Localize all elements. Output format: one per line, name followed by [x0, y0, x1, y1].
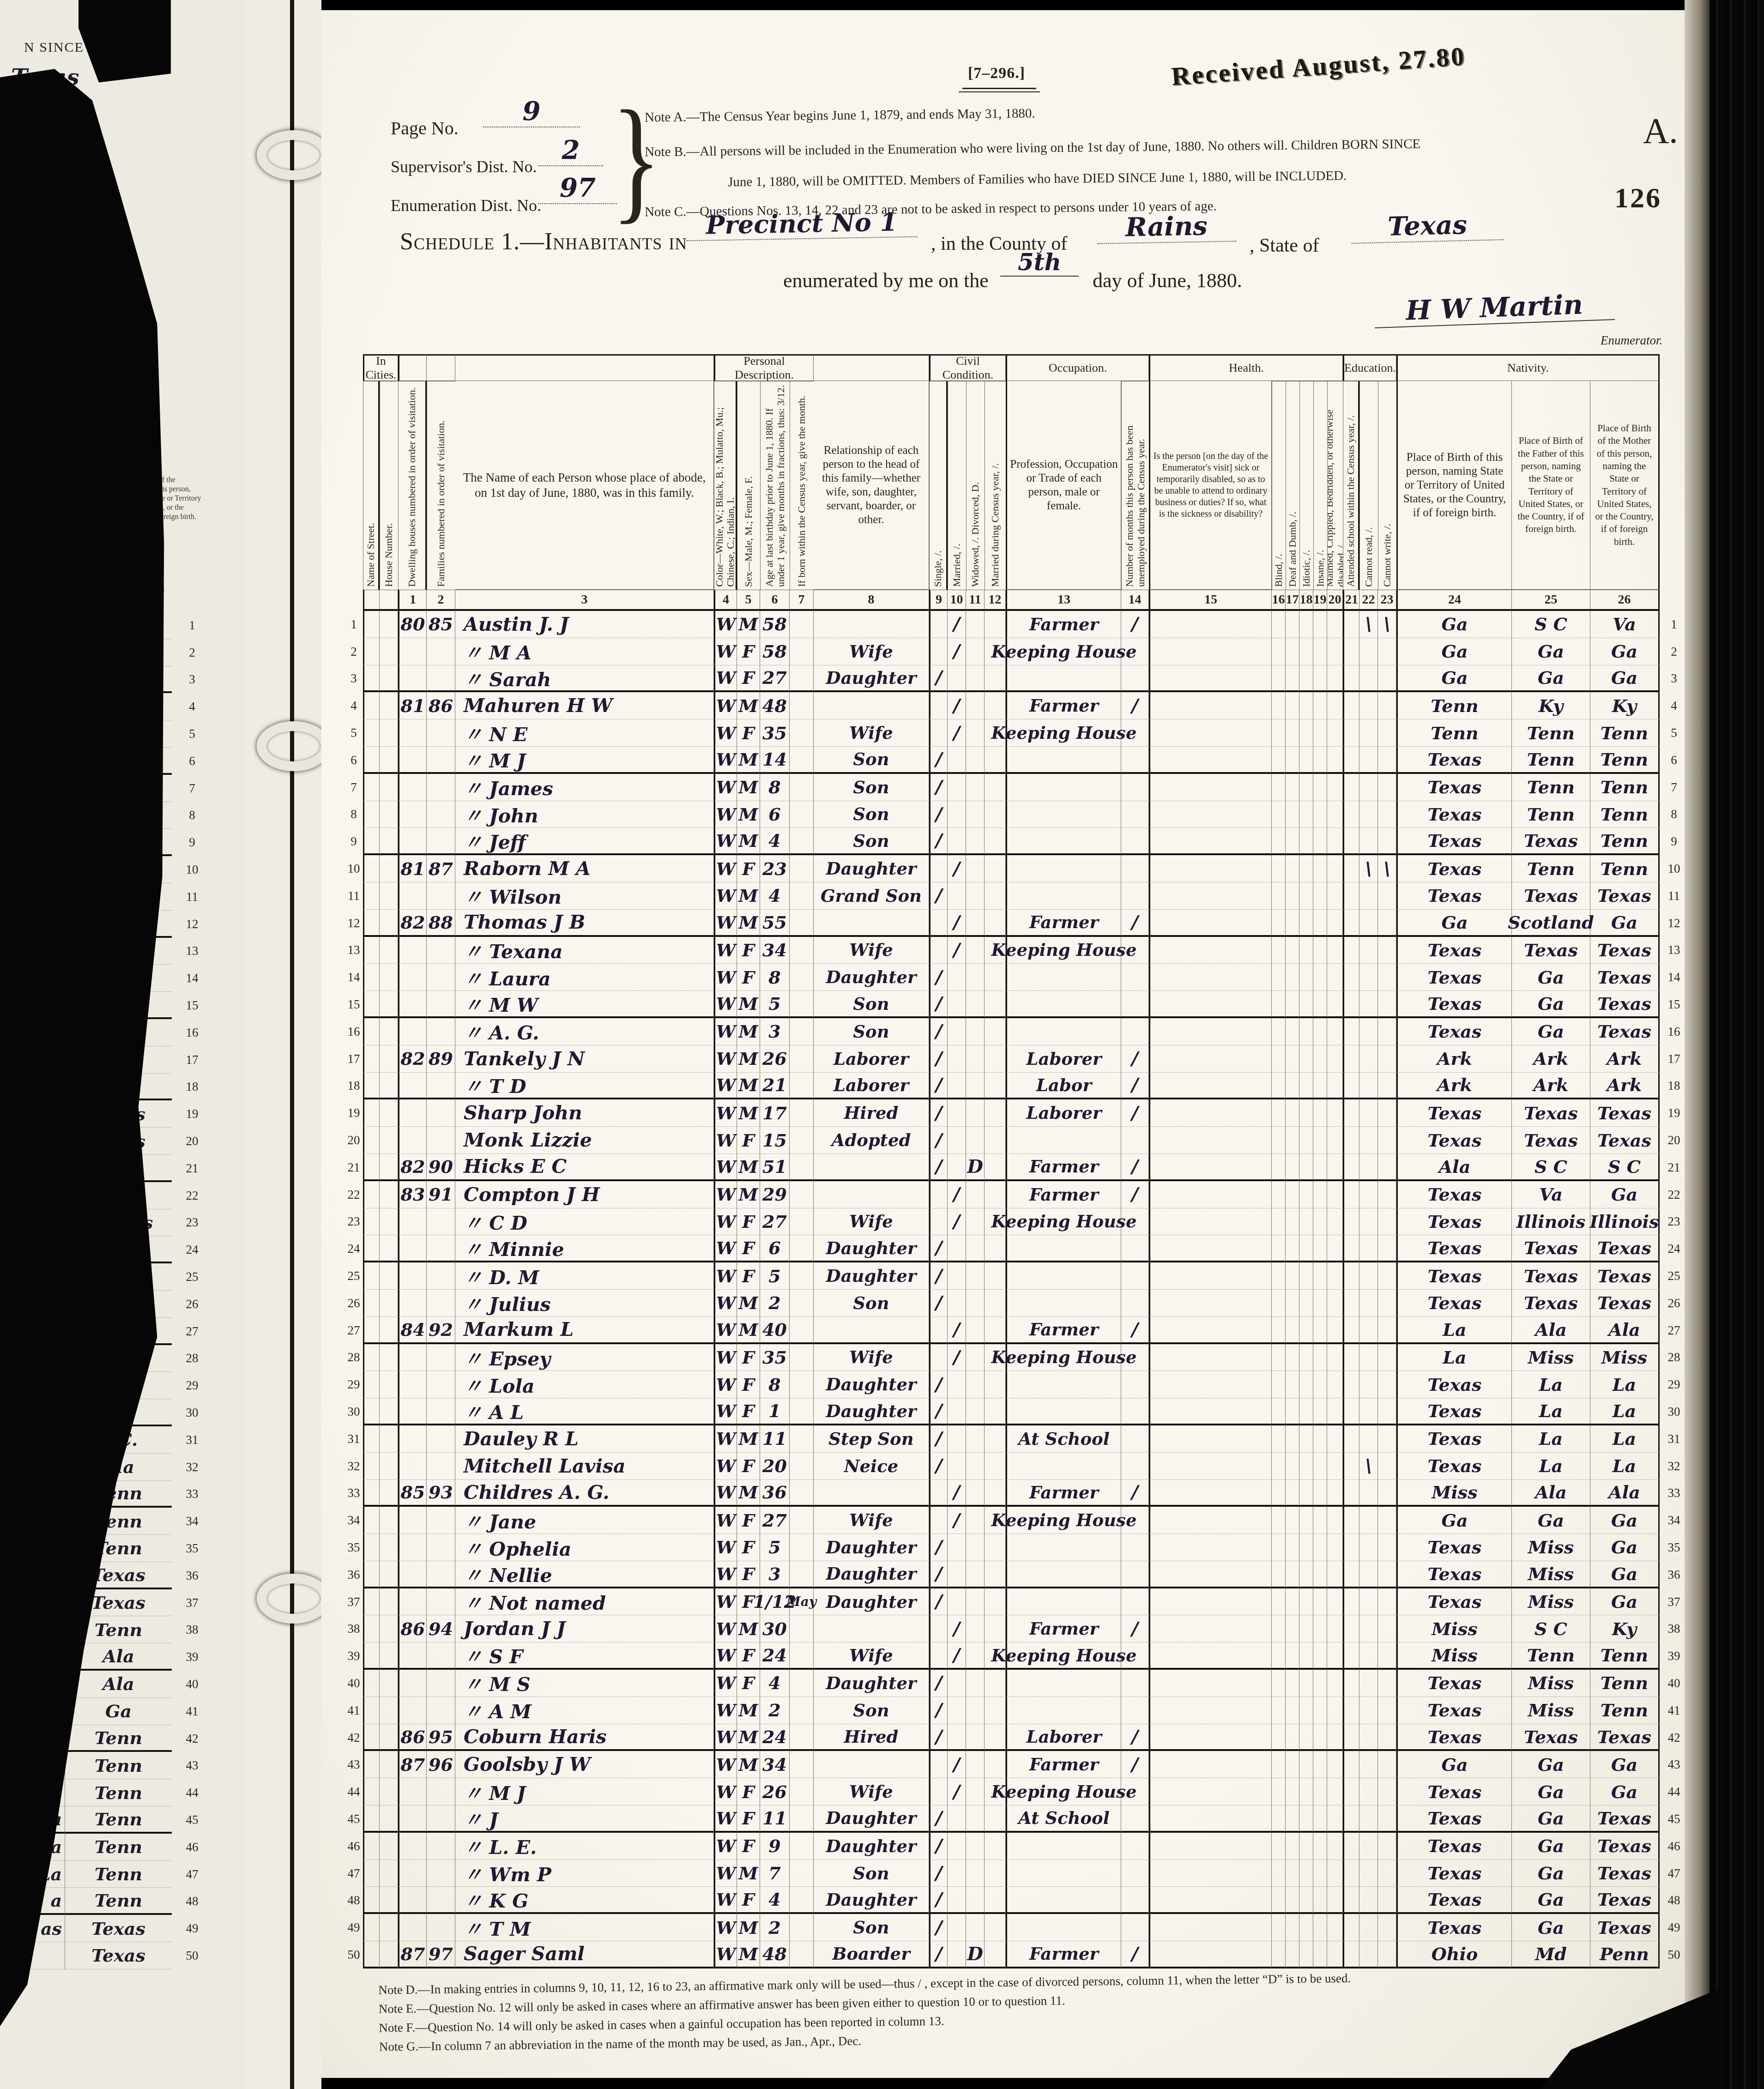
- cell: [1343, 1425, 1359, 1453]
- cell: [1313, 1344, 1327, 1371]
- row-number: 44: [344, 1778, 363, 1805]
- cell: Tenn: [1512, 1642, 1590, 1670]
- cell: [1359, 937, 1378, 964]
- cell: [1286, 638, 1299, 665]
- cell: [427, 801, 455, 828]
- cell: Son: [814, 828, 929, 855]
- cell: 87: [398, 1941, 427, 1968]
- cell: 〃 J: [455, 1805, 714, 1833]
- cell: [1378, 1534, 1396, 1561]
- row-number: 16: [344, 1018, 363, 1045]
- cell: Miss: [1512, 1588, 1590, 1616]
- cell: [1149, 1344, 1272, 1371]
- cell: Tenn: [1590, 1642, 1660, 1670]
- cell: [929, 638, 948, 665]
- cell: [1121, 1588, 1149, 1616]
- cell: /: [929, 1099, 948, 1127]
- cell: [948, 1697, 966, 1724]
- cell: [1121, 1398, 1149, 1425]
- row-number: 6: [344, 747, 363, 774]
- row-number: 24: [344, 1235, 363, 1262]
- column-number: 3: [455, 590, 714, 611]
- cell: W: [714, 1805, 737, 1833]
- prev-row-number: 50: [172, 1942, 212, 1969]
- cell: 〃 Jeff: [455, 828, 714, 855]
- cell: [1313, 1099, 1327, 1127]
- cell: /: [1121, 692, 1149, 719]
- cell: [1149, 1127, 1272, 1154]
- cell: [929, 937, 948, 964]
- row-number: 43: [344, 1751, 363, 1778]
- cell: [1378, 1208, 1396, 1236]
- cell: [1286, 1425, 1299, 1453]
- cell: /: [1121, 1099, 1149, 1127]
- cell: [1286, 1507, 1299, 1534]
- cell: [363, 1181, 380, 1208]
- cell: [1299, 1262, 1313, 1290]
- cell: Texas: [1396, 1914, 1512, 1941]
- col-12: Married during Census year, /.: [985, 381, 1006, 590]
- cell: [790, 1534, 814, 1561]
- cell: [929, 1751, 948, 1778]
- cell: [1343, 1099, 1359, 1127]
- cell: [380, 1235, 398, 1262]
- cell: Texas: [1396, 855, 1512, 882]
- cell: [1359, 1099, 1378, 1127]
- cell: M: [737, 910, 760, 937]
- schedule-title: Schedule 1.—Inhabitants in: [400, 228, 687, 255]
- cell: [1313, 937, 1327, 964]
- supervisor-dist-value: 2: [538, 135, 603, 166]
- cell: 81: [398, 855, 427, 882]
- cell: /: [1121, 910, 1149, 937]
- cell: [929, 611, 948, 638]
- column-header: [398, 354, 427, 381]
- cell: [1272, 1099, 1286, 1127]
- cell: [1313, 747, 1327, 774]
- cell: [1286, 774, 1299, 801]
- cell: Farmer: [1006, 1154, 1121, 1181]
- cell: [948, 1670, 966, 1697]
- cell: Texas: [1396, 1371, 1512, 1398]
- cell: [427, 1099, 455, 1127]
- cell: [948, 665, 966, 693]
- cell: [427, 1534, 455, 1561]
- cell: /: [948, 1317, 966, 1344]
- cell: [427, 1860, 455, 1887]
- prev-row-number: 44: [172, 1779, 212, 1806]
- cell: 〃 Epsey: [455, 1344, 714, 1371]
- column-number: 25: [1512, 590, 1590, 611]
- column-number: 19: [1313, 590, 1327, 611]
- cell: [1359, 1425, 1378, 1453]
- cell: F: [737, 1507, 760, 1534]
- cell: 96: [427, 1751, 455, 1778]
- cell: [1299, 692, 1313, 719]
- cell: [1149, 1615, 1272, 1642]
- cell: [380, 1208, 398, 1236]
- group-health: Health.: [1149, 354, 1343, 381]
- cell: M: [737, 801, 760, 828]
- cell: [380, 1073, 398, 1100]
- cell: [948, 1398, 966, 1425]
- cell: [1149, 638, 1272, 665]
- cell: [1272, 1697, 1286, 1724]
- received-stamp: Received August, 27.80: [1171, 42, 1467, 91]
- cell: 21: [760, 1073, 790, 1100]
- prev-row-number: 2: [172, 639, 212, 666]
- cell: Daughter: [814, 1833, 929, 1860]
- cell: Texas: [1590, 937, 1660, 964]
- cell: Monk Lizzie: [455, 1127, 714, 1154]
- cell: [1378, 774, 1396, 801]
- cell: [1343, 855, 1359, 882]
- cell: [790, 1262, 814, 1290]
- cell: W: [714, 855, 737, 882]
- cell: [966, 1887, 985, 1914]
- cell: [1359, 1317, 1378, 1344]
- cell: [1343, 991, 1359, 1018]
- cell: [1343, 1208, 1359, 1236]
- cell: [1272, 611, 1286, 638]
- cell: [398, 1534, 427, 1561]
- cell: Laborer: [1006, 1724, 1121, 1751]
- cell: Texas: [1512, 828, 1590, 855]
- cell: [985, 747, 1006, 774]
- cell: [1149, 1724, 1272, 1751]
- cell: 3: [760, 1561, 790, 1588]
- cell: [427, 1262, 455, 1290]
- cell: [380, 1398, 398, 1425]
- cell: [427, 638, 455, 665]
- cell: [1327, 1507, 1343, 1534]
- cell: [1359, 1073, 1378, 1100]
- cell: [1006, 1398, 1121, 1425]
- cell: Texas: [1396, 828, 1512, 855]
- cell: /: [1121, 1751, 1149, 1778]
- cell: Farmer: [1006, 1941, 1121, 1968]
- row-number: 10: [1660, 855, 1688, 882]
- cell: [1359, 1860, 1378, 1887]
- cell: [966, 1099, 985, 1127]
- cell: [363, 1751, 380, 1778]
- cell: [1286, 855, 1299, 882]
- cell: [1378, 747, 1396, 774]
- cell: [363, 1018, 380, 1045]
- cell: [1006, 801, 1121, 828]
- cell: Tenn: [1590, 719, 1660, 747]
- cell: M: [737, 1073, 760, 1100]
- cell: Texas: [1396, 1018, 1512, 1045]
- cell: [966, 1073, 985, 1100]
- cell: [1149, 692, 1272, 719]
- cell: M: [737, 1914, 760, 1941]
- cell: [1272, 801, 1286, 828]
- cell: [1359, 1751, 1378, 1778]
- cell: [398, 1507, 427, 1534]
- cell: 82: [398, 1154, 427, 1181]
- cell: [1313, 991, 1327, 1018]
- cell: /: [948, 1208, 966, 1236]
- row-number: 22: [344, 1181, 363, 1208]
- cell: [1299, 1154, 1313, 1181]
- cell: [985, 1127, 1006, 1154]
- cell: /: [1121, 1615, 1149, 1642]
- cell: [1272, 991, 1286, 1018]
- cell: [363, 801, 380, 828]
- cell: [1149, 1588, 1272, 1616]
- row-number: 15: [344, 991, 363, 1018]
- cell: [985, 1398, 1006, 1425]
- cell: 40: [760, 1317, 790, 1344]
- column-number: 15: [1149, 590, 1272, 611]
- cell: W: [714, 1425, 737, 1453]
- cell: [1299, 665, 1313, 693]
- cell: [1359, 1290, 1378, 1317]
- cell: [985, 910, 1006, 937]
- cell: [790, 1778, 814, 1805]
- cell: /: [929, 1235, 948, 1262]
- cell: [1272, 1127, 1286, 1154]
- cell: Tenn: [1590, 855, 1660, 882]
- row-number: 12: [1660, 910, 1688, 937]
- cell: [1121, 801, 1149, 828]
- cell: [1272, 1534, 1286, 1561]
- cell: 48: [760, 1941, 790, 1968]
- cell: M: [737, 1941, 760, 1968]
- prev-cell-26: Tenn: [65, 1806, 172, 1834]
- table-body: 18085Austin J. JWM58/Farmer/\\GaS CVa12〃…: [344, 611, 1688, 1968]
- cell: Wife: [814, 638, 929, 665]
- cell: F: [737, 937, 760, 964]
- column-number: 17: [1286, 590, 1299, 611]
- row-number: 14: [344, 964, 363, 991]
- cell: 11: [760, 1425, 790, 1453]
- cell: [398, 882, 427, 910]
- cell: [1378, 1099, 1396, 1127]
- cell: [1313, 1914, 1327, 1941]
- cell: Ga: [1590, 665, 1660, 693]
- cell: [790, 1480, 814, 1507]
- cell: [1272, 1941, 1286, 1968]
- cell: [1299, 828, 1313, 855]
- cell: W: [714, 638, 737, 665]
- cell: W: [714, 828, 737, 855]
- cell: 15: [760, 1127, 790, 1154]
- cell: [363, 1154, 380, 1181]
- cell: [948, 882, 966, 910]
- cell: Texas: [1590, 1724, 1660, 1751]
- cell: [1299, 991, 1313, 1018]
- prev-row-number: 24: [172, 1236, 212, 1263]
- cell: [1149, 964, 1272, 991]
- cell: 〃 T D: [455, 1073, 714, 1100]
- cell: Ga: [1590, 1561, 1660, 1588]
- cell: [985, 1073, 1006, 1100]
- cell: [1121, 1561, 1149, 1588]
- cell: [1286, 801, 1299, 828]
- cell: [1378, 1914, 1396, 1941]
- cell: Dauley R L: [455, 1425, 714, 1453]
- cell: [1149, 1208, 1272, 1236]
- cell: W: [714, 692, 737, 719]
- cell: [985, 1045, 1006, 1073]
- cell: M: [737, 1154, 760, 1181]
- cell: [363, 665, 380, 693]
- cell: [1313, 611, 1327, 638]
- cell: Texas: [1396, 1208, 1512, 1236]
- cell: [398, 1805, 427, 1833]
- cell: [985, 1290, 1006, 1317]
- cell: [1313, 1941, 1327, 1968]
- cell: [985, 828, 1006, 855]
- cell: M: [737, 1290, 760, 1317]
- cell: [1121, 1235, 1149, 1262]
- cell: Texas: [1396, 1290, 1512, 1317]
- cell: M: [737, 1860, 760, 1887]
- cell: [1286, 719, 1299, 747]
- cell: [948, 1371, 966, 1398]
- cell: 93: [427, 1480, 455, 1507]
- cell: 88: [427, 910, 455, 937]
- cell: [790, 1941, 814, 1968]
- cell: Keeping House: [1006, 638, 1121, 665]
- cell: Daughter: [814, 964, 929, 991]
- cell: [1343, 774, 1359, 801]
- cell: Va: [1590, 611, 1660, 638]
- row-number: 38: [1660, 1615, 1688, 1642]
- cell: [1286, 1670, 1299, 1697]
- cell: [1359, 1127, 1378, 1154]
- cell: Tenn: [1396, 719, 1512, 747]
- cell: [1343, 1561, 1359, 1588]
- cell: [1006, 1887, 1121, 1914]
- cell: [1299, 1073, 1313, 1100]
- cell: [1343, 1154, 1359, 1181]
- cell: 5: [760, 1262, 790, 1290]
- cell: Texas: [1396, 1887, 1512, 1914]
- cell: W: [714, 1181, 737, 1208]
- prev-row-number: 25: [172, 1263, 212, 1291]
- cell: Ark: [1512, 1073, 1590, 1100]
- cell: [1327, 1235, 1343, 1262]
- cell: /: [929, 828, 948, 855]
- column-number: 5: [737, 590, 760, 611]
- cell: [1313, 1453, 1327, 1480]
- prev-row-number: 11: [172, 883, 212, 911]
- cell: [380, 801, 398, 828]
- cell: [1121, 1290, 1149, 1317]
- cell: Ga: [1396, 665, 1512, 693]
- column-number-blank: [380, 590, 398, 611]
- cell: 20: [760, 1453, 790, 1480]
- supervisor-dist-label: Supervisor's Dist. No.: [391, 157, 537, 176]
- cell: Texas: [1512, 882, 1590, 910]
- prev-cell-26: Tenn: [65, 1779, 172, 1806]
- cell: [1343, 611, 1359, 638]
- cell: [427, 774, 455, 801]
- cell: [398, 1208, 427, 1236]
- cell: [1121, 665, 1149, 693]
- cell: W: [714, 1154, 737, 1181]
- col-9: Single, /.: [929, 381, 948, 590]
- cell: [1378, 1724, 1396, 1751]
- cell: M: [737, 1425, 760, 1453]
- col-1: Dwelling houses numbered in order of vis…: [398, 381, 427, 590]
- cell: [814, 1751, 929, 1778]
- row-number: 50: [1660, 1941, 1688, 1968]
- cell: /: [929, 882, 948, 910]
- row-number: 2: [1660, 638, 1688, 665]
- row-number: 37: [1660, 1588, 1688, 1616]
- cell: 94: [427, 1615, 455, 1642]
- prev-cell-26: Texas: [65, 1915, 172, 1942]
- cell: Mahuren H W: [455, 692, 714, 719]
- schedule-place-value: Precinct No 1: [686, 207, 917, 242]
- row-number: 23: [344, 1208, 363, 1236]
- cell: [380, 1615, 398, 1642]
- row-number: 22: [1660, 1181, 1688, 1208]
- row-number: 39: [344, 1642, 363, 1670]
- column-number: 20: [1327, 590, 1343, 611]
- row-number: 37: [344, 1588, 363, 1616]
- cell: [948, 1561, 966, 1588]
- cell: [380, 747, 398, 774]
- cell: Farmer: [1006, 910, 1121, 937]
- cell: 〃 Not named: [455, 1588, 714, 1616]
- cell: [398, 1588, 427, 1616]
- cell: [1313, 1534, 1327, 1561]
- cell: La: [1512, 1371, 1590, 1398]
- cell: [1378, 1887, 1396, 1914]
- cell: [1343, 937, 1359, 964]
- cell: W: [714, 1099, 737, 1127]
- cell: [1343, 638, 1359, 665]
- cell: W: [714, 1642, 737, 1670]
- col-25: Place of Birth of the Father of this per…: [1512, 381, 1590, 590]
- cell: [1286, 828, 1299, 855]
- cell: [1327, 1371, 1343, 1398]
- cell: [1286, 611, 1299, 638]
- col-15: Is the person [on the day of the Enumera…: [1149, 381, 1272, 590]
- row-number: 3: [344, 665, 363, 693]
- cell: [1378, 1317, 1396, 1344]
- cell: /: [929, 1045, 948, 1073]
- cell: 58: [760, 611, 790, 638]
- prev-row-number: 12: [172, 911, 212, 938]
- row-number: 38: [344, 1615, 363, 1642]
- column-number: 12: [985, 590, 1006, 611]
- cell: [790, 1181, 814, 1208]
- cell: [1359, 692, 1378, 719]
- cell: [1121, 855, 1149, 882]
- cell: [1299, 719, 1313, 747]
- cell: 35: [760, 1344, 790, 1371]
- cell: /: [948, 1751, 966, 1778]
- cell: /: [929, 801, 948, 828]
- cell: [1359, 1181, 1378, 1208]
- cell: [1299, 1805, 1313, 1833]
- cell: Texas: [1396, 1588, 1512, 1616]
- row-number: 42: [344, 1724, 363, 1751]
- cell: M: [737, 747, 760, 774]
- cell: [363, 719, 380, 747]
- cell: [985, 611, 1006, 638]
- cell: Childres A. G.: [455, 1480, 714, 1507]
- cell: Ga: [1512, 1914, 1590, 1941]
- cell: [1343, 1724, 1359, 1751]
- cell: La: [1512, 1425, 1590, 1453]
